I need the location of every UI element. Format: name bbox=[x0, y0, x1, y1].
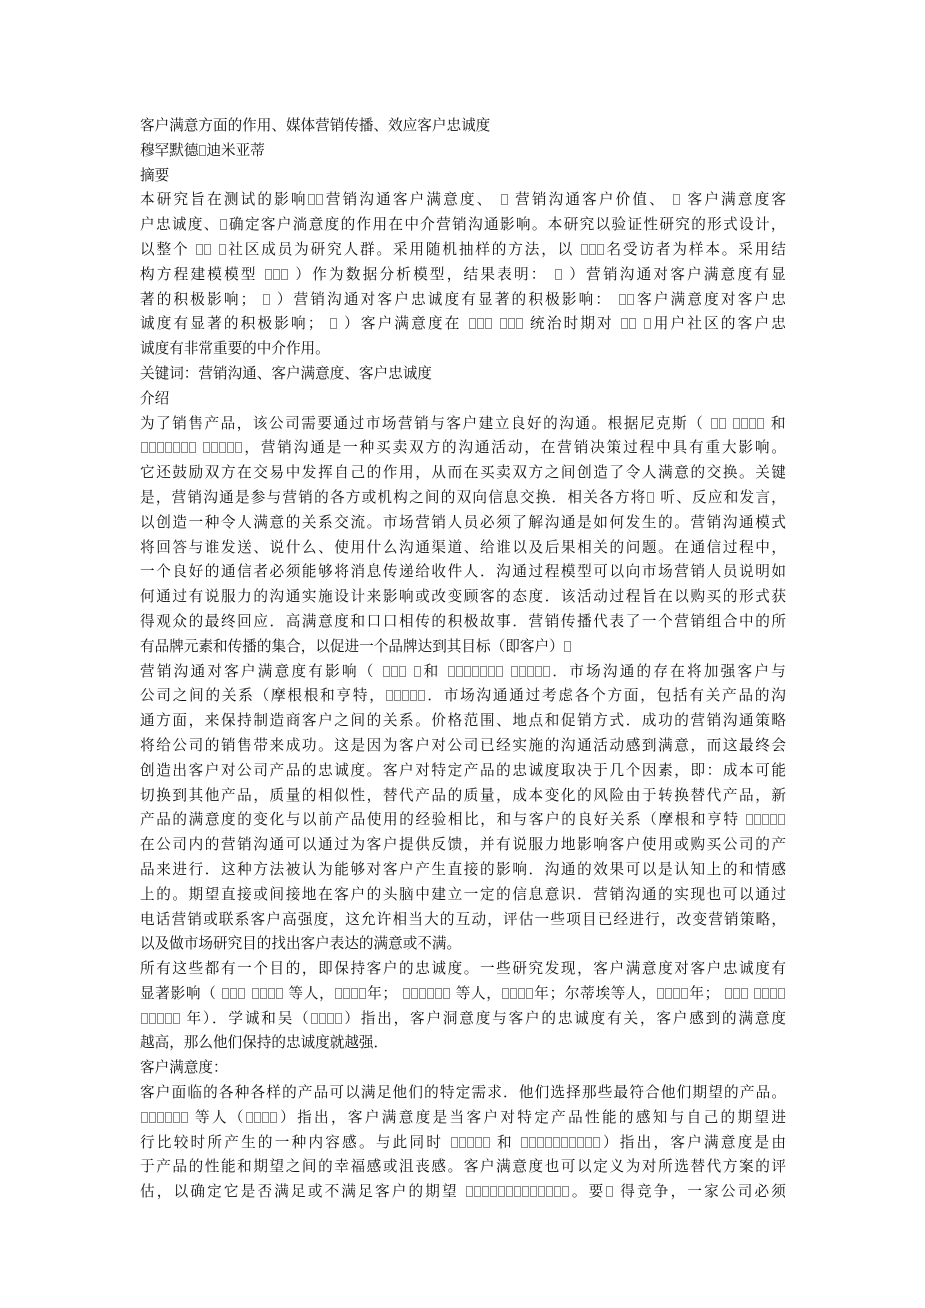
missing-glyph-box bbox=[526, 988, 533, 999]
intro-line: 得观众的最终回应．高满意度和口口相传的积极故事．营销传播代表了一个营销组合中的所 bbox=[140, 610, 786, 635]
missing-glyph-box bbox=[593, 1137, 600, 1148]
missing-glyph-box bbox=[327, 1013, 334, 1024]
missing-glyph-box bbox=[173, 442, 180, 453]
missing-glyph-box bbox=[399, 666, 406, 677]
missing-glyph-box bbox=[521, 1137, 528, 1148]
missing-glyph-box bbox=[359, 988, 366, 999]
body-line: 营销沟通对客户满意度有影响（ 和 ．市场沟通的存在将加强客户与 bbox=[140, 660, 786, 685]
missing-glyph-box bbox=[268, 988, 275, 999]
missing-glyph-box bbox=[627, 294, 634, 305]
intro-line: 它还鼓励双方在交易中发挥自己的作用，从而在买卖双方之间创造了令人满意的交换。关键 bbox=[140, 461, 786, 486]
intro-line: 是，营销沟通是参与营销的各方或机构之间的双向信息交换．相关各方将 听、反应和发言… bbox=[140, 486, 786, 511]
missing-glyph-box bbox=[510, 988, 517, 999]
missing-glyph-box bbox=[754, 814, 761, 825]
missing-glyph-box bbox=[500, 318, 507, 329]
missing-glyph-box bbox=[770, 988, 777, 999]
missing-glyph-box bbox=[189, 442, 196, 453]
missing-glyph-box bbox=[281, 269, 288, 280]
missing-glyph-box bbox=[466, 1186, 473, 1197]
missing-glyph-box bbox=[477, 318, 484, 329]
missing-glyph-box bbox=[203, 442, 210, 453]
missing-glyph-box bbox=[757, 418, 764, 429]
missing-glyph-box bbox=[561, 1137, 568, 1148]
missing-glyph-box bbox=[733, 988, 740, 999]
missing-glyph-box bbox=[529, 1137, 536, 1148]
intro-line: 以创造一种令人满意的关系交流。市场营销人员必须了解沟通是如何发生的。营销沟通模式 bbox=[140, 511, 786, 536]
missing-glyph-box bbox=[254, 1112, 261, 1123]
abstract-line: 构方程建模模型 ）作为数据分析模型，结果表明： ）营销沟通对客户满意度有显 bbox=[140, 263, 786, 288]
missing-glyph-box bbox=[196, 244, 203, 255]
body-line: 所有这些都有一个目的，即保持客户的忠诚度。一些研究发现，客户满意度对客户忠诚度有 bbox=[140, 957, 786, 982]
missing-glyph-box bbox=[238, 988, 245, 999]
missing-glyph-box bbox=[173, 1112, 180, 1123]
missing-glyph-box bbox=[252, 988, 259, 999]
missing-glyph-box bbox=[220, 219, 227, 230]
missing-glyph-box bbox=[165, 1112, 172, 1123]
missing-glyph-box bbox=[554, 1186, 561, 1197]
missing-glyph-box bbox=[711, 418, 718, 429]
document-title: 客户满意方面的作用、媒体营销传播、效应客户忠诚度 bbox=[140, 114, 790, 139]
intro-line: ，营销沟通是一种买卖双方的沟通活动，在营销决策过程中具有重大影响。 bbox=[140, 436, 786, 461]
missing-glyph-box bbox=[427, 988, 434, 999]
body-line: 品来进行．这种方法被认为能够对客户产生直接的影响．沟通的效果可以是认知上的和情感 bbox=[140, 858, 786, 883]
abstract-line: 著的积极影响； ）营销沟通对客户忠诚度有显著的积极影响： 客户满意度对客户忠 bbox=[140, 288, 786, 313]
missing-glyph-box bbox=[330, 318, 337, 329]
missing-glyph-box bbox=[778, 814, 785, 825]
missing-glyph-box bbox=[141, 1013, 148, 1024]
missing-glyph-box bbox=[629, 318, 636, 329]
keywords: 关键词：营销沟通、客户满意度、客户忠诚度 bbox=[140, 362, 790, 387]
missing-glyph-box bbox=[535, 666, 542, 677]
missing-glyph-box bbox=[472, 666, 479, 677]
missing-glyph-box bbox=[506, 1186, 513, 1197]
missing-glyph-box bbox=[227, 442, 234, 453]
intro-line: 为了销售产品，该公司需要通过市场营销与客户建立良好的沟通。根据尼克斯（ 和 bbox=[140, 412, 786, 437]
missing-glyph-box bbox=[464, 666, 471, 677]
missing-glyph-box bbox=[555, 269, 562, 280]
missing-glyph-box bbox=[480, 666, 487, 677]
satisfaction-line: 行比较时所产生的一种内容感。与此同时 和 ）指出，客户满意度是由 bbox=[140, 1131, 786, 1156]
missing-glyph-box bbox=[490, 1186, 497, 1197]
missing-glyph-box bbox=[451, 1137, 458, 1148]
body-line: 在公司内的营销沟通可以通过为客户提供反馈，并有说服力地影响客户使用或购买公司的产 bbox=[140, 833, 786, 858]
missing-glyph-box bbox=[230, 988, 237, 999]
missing-glyph-box bbox=[511, 666, 518, 677]
missing-glyph-box bbox=[516, 318, 523, 329]
missing-glyph-box bbox=[621, 318, 628, 329]
missing-glyph-box bbox=[725, 988, 732, 999]
satisfaction-line: 于产品的性能和期望之间的幸福感或沮丧感。客户满意度也可以定义为对所选替代方案的评 bbox=[140, 1155, 786, 1180]
missing-glyph-box bbox=[778, 988, 785, 999]
missing-glyph-box bbox=[546, 1186, 553, 1197]
missing-glyph-box bbox=[746, 814, 753, 825]
missing-glyph-box bbox=[762, 988, 769, 999]
missing-glyph-box bbox=[569, 1137, 576, 1148]
missing-glyph-box bbox=[246, 1112, 253, 1123]
missing-glyph-box bbox=[316, 194, 323, 205]
missing-glyph-box bbox=[149, 1013, 156, 1024]
missing-glyph-box bbox=[211, 442, 218, 453]
missing-glyph-box bbox=[562, 1186, 569, 1197]
missing-glyph-box bbox=[467, 1137, 474, 1148]
missing-glyph-box bbox=[219, 244, 226, 255]
body-line: 切换到其他产品，质量的相似性，替代产品的质量，成本变化的风险由于转换替代产品，新 bbox=[140, 784, 786, 809]
missing-glyph-box bbox=[335, 988, 342, 999]
missing-glyph-box bbox=[411, 988, 418, 999]
body-line: 电话营销或联系客户高强度，这允许相当大的互动，评估一些项目已经进行，改变营销策略… bbox=[140, 908, 786, 933]
missing-glyph-box bbox=[157, 1013, 164, 1024]
missing-glyph-box bbox=[673, 988, 680, 999]
missing-glyph-box bbox=[419, 988, 426, 999]
missing-glyph-box bbox=[265, 269, 272, 280]
missing-glyph-box bbox=[502, 988, 509, 999]
missing-glyph-box bbox=[644, 318, 651, 329]
missing-glyph-box bbox=[537, 1137, 544, 1148]
missing-glyph-box bbox=[553, 1137, 560, 1148]
missing-glyph-box bbox=[597, 244, 604, 255]
body-line: 将给公司的销售带来成功。这是因为客户对公司已经实施的沟通活动感到满意，而这最终会 bbox=[140, 734, 786, 759]
missing-glyph-box bbox=[577, 1137, 584, 1148]
missing-glyph-box bbox=[741, 988, 748, 999]
missing-glyph-box bbox=[543, 666, 550, 677]
missing-glyph-box bbox=[762, 814, 769, 825]
missing-glyph-box bbox=[527, 666, 534, 677]
missing-glyph-box bbox=[386, 690, 393, 701]
missing-glyph-box bbox=[394, 690, 401, 701]
document-author: 穆罕默德迪米亚蒂 bbox=[140, 139, 790, 164]
missing-glyph-box bbox=[219, 442, 226, 453]
abstract-line: 以整个 社区成员为研究人群。采用随机抽样的方法，以 名受访者为样本。采用结 bbox=[140, 238, 786, 263]
missing-glyph-box bbox=[204, 244, 211, 255]
intro-heading: 介绍 bbox=[140, 387, 790, 412]
intro-line: 一个良好的通信者必须能够将消息传递给收件人．沟通过程模型可以向市场营销人员说明如 bbox=[140, 560, 786, 585]
intro-line: 有品牌元素和传播的集合，以促进一个品牌达到其目标（即客户） bbox=[140, 635, 790, 660]
missing-glyph-box bbox=[581, 244, 588, 255]
missing-glyph-box bbox=[545, 1137, 552, 1148]
missing-glyph-box bbox=[606, 1186, 613, 1197]
missing-glyph-box bbox=[483, 1137, 490, 1148]
missing-glyph-box bbox=[589, 244, 596, 255]
satisfaction-line: 等人（）指出，客户满意度是当客户对特定产品性能的感知与自己的期望进 bbox=[140, 1106, 786, 1131]
missing-glyph-box bbox=[351, 988, 358, 999]
body-line: 显著影响（ 等人，年； 等人，年；尔蒂埃等人，年； bbox=[140, 982, 786, 1007]
missing-glyph-box bbox=[475, 1137, 482, 1148]
missing-glyph-box bbox=[165, 442, 172, 453]
missing-glyph-box bbox=[141, 1112, 148, 1123]
body-line: 上的。期望直接或间接地在客户的头脑中建立一定的信息意识．营销沟通的实现也可以通过 bbox=[140, 883, 786, 908]
missing-glyph-box bbox=[418, 690, 425, 701]
missing-glyph-box bbox=[508, 318, 515, 329]
missing-glyph-box bbox=[308, 194, 315, 205]
missing-glyph-box bbox=[733, 418, 740, 429]
missing-glyph-box bbox=[157, 1112, 164, 1123]
missing-glyph-box bbox=[482, 1186, 489, 1197]
missing-glyph-box bbox=[585, 1137, 592, 1148]
missing-glyph-box bbox=[199, 145, 206, 156]
missing-glyph-box bbox=[263, 294, 270, 305]
missing-glyph-box bbox=[496, 666, 503, 677]
satisfaction-line: 客户面临的各种各样的产品可以满足他们的特定需求．他们选择那些最符合他们期望的产品… bbox=[140, 1081, 786, 1106]
missing-glyph-box bbox=[270, 1112, 277, 1123]
missing-glyph-box bbox=[181, 442, 188, 453]
missing-glyph-box bbox=[673, 194, 680, 205]
missing-glyph-box bbox=[681, 988, 688, 999]
missing-glyph-box bbox=[514, 1186, 521, 1197]
body-line: 产品的满意度的变化与以前产品使用的经验相比，和与客户的良好关系（摩根和亨特 bbox=[140, 808, 786, 833]
missing-glyph-box bbox=[149, 1112, 156, 1123]
missing-glyph-box bbox=[538, 1186, 545, 1197]
missing-glyph-box bbox=[319, 1013, 326, 1024]
missing-glyph-box bbox=[665, 988, 672, 999]
missing-glyph-box bbox=[410, 690, 417, 701]
missing-glyph-box bbox=[749, 418, 756, 429]
abstract-line: 诚度有显著的积极影响； ）客户满意度在 统治时期对 用户社区的客户忠 bbox=[140, 312, 786, 337]
missing-glyph-box bbox=[469, 318, 476, 329]
missing-glyph-box bbox=[222, 988, 229, 999]
body-line: 以及做市场研究目的找出客户表达的满意或不满。 bbox=[140, 932, 790, 957]
missing-glyph-box bbox=[770, 814, 777, 825]
intro-line: 何通过有说服力的沟通实施设计来影响或改变顾客的态度．该活动过程旨在以购买的形式获 bbox=[140, 585, 786, 610]
missing-glyph-box bbox=[485, 318, 492, 329]
abstract-line: 诚度有非常重要的中介作用。 bbox=[140, 337, 790, 362]
missing-glyph-box bbox=[402, 690, 409, 701]
satisfaction-heading: 客户满意度： bbox=[140, 1056, 790, 1081]
missing-glyph-box bbox=[414, 666, 421, 677]
missing-glyph-box bbox=[498, 1186, 505, 1197]
missing-glyph-box bbox=[474, 1186, 481, 1197]
missing-glyph-box bbox=[335, 1013, 342, 1024]
missing-glyph-box bbox=[343, 988, 350, 999]
missing-glyph-box bbox=[403, 988, 410, 999]
missing-glyph-box bbox=[141, 442, 148, 453]
missing-glyph-box bbox=[157, 442, 164, 453]
missing-glyph-box bbox=[383, 666, 390, 677]
missing-glyph-box bbox=[754, 988, 761, 999]
missing-glyph-box bbox=[443, 988, 450, 999]
body-line: 年）．学诚和吴（）指出，客户洞意度与客户的忠诚度有关，客户感到的满意度 bbox=[140, 1007, 786, 1032]
missing-glyph-box bbox=[448, 666, 455, 677]
missing-glyph-box bbox=[488, 666, 495, 677]
missing-glyph-box bbox=[235, 442, 242, 453]
intro-line: 将回答与谁发送、说什么、使用什么沟通渠道、给谁以及后果相关的问题。在通信过程中， bbox=[140, 536, 786, 561]
body-line: 公司之间的关系（摩根根和亨特，．市场沟通通过考虑各个方面，包括有关产品的沟 bbox=[140, 684, 786, 709]
missing-glyph-box bbox=[391, 666, 398, 677]
missing-glyph-box bbox=[564, 641, 571, 652]
missing-glyph-box bbox=[741, 418, 748, 429]
document-page: 客户满意方面的作用、媒体营销传播、效应客户忠诚度 穆罕默德迪米亚蒂 摘要 本研究… bbox=[140, 114, 790, 1205]
missing-glyph-box bbox=[619, 294, 626, 305]
missing-glyph-box bbox=[435, 988, 442, 999]
missing-glyph-box bbox=[181, 1112, 188, 1123]
missing-glyph-box bbox=[149, 442, 156, 453]
missing-glyph-box bbox=[459, 1137, 466, 1148]
missing-glyph-box bbox=[518, 988, 525, 999]
missing-glyph-box bbox=[501, 194, 508, 205]
missing-glyph-box bbox=[530, 1186, 537, 1197]
missing-glyph-box bbox=[647, 492, 654, 503]
missing-glyph-box bbox=[165, 1013, 172, 1024]
missing-glyph-box bbox=[276, 988, 283, 999]
satisfaction-line: 估，以确定它是否满足或不满足客户的期望 。要 得竞争，一家公司必须 bbox=[140, 1180, 786, 1205]
abstract-line: 户忠诚度、确定客户淌意度的作用在中介营销沟通影响。本研究以验证性研究的形式设计， bbox=[140, 213, 786, 238]
missing-glyph-box bbox=[456, 666, 463, 677]
missing-glyph-box bbox=[522, 1186, 529, 1197]
missing-glyph-box bbox=[311, 1013, 318, 1024]
missing-glyph-box bbox=[273, 269, 280, 280]
missing-glyph-box bbox=[260, 988, 267, 999]
missing-glyph-box bbox=[262, 1112, 269, 1123]
missing-glyph-box bbox=[173, 1013, 180, 1024]
abstract-heading: 摘要 bbox=[140, 164, 790, 189]
body-line: 通方面，来保持制造商客户之间的关系。价格范围、地点和促销方式．成功的营销沟通策略 bbox=[140, 709, 786, 734]
body-line: 创造出客户对公司产品的忠诚度。客户对特定产品的忠诚度取决于几个因素，即：成本可能 bbox=[140, 759, 786, 784]
abstract-line: 本研究旨在测试的影响营销沟通客户满意度、 营销沟通客户价值、 客户满意度客 bbox=[140, 188, 786, 213]
missing-glyph-box bbox=[657, 988, 664, 999]
body-line: 越高，那么他们保持的忠诚度就越强． bbox=[140, 1031, 790, 1056]
missing-glyph-box bbox=[719, 418, 726, 429]
missing-glyph-box bbox=[519, 666, 526, 677]
